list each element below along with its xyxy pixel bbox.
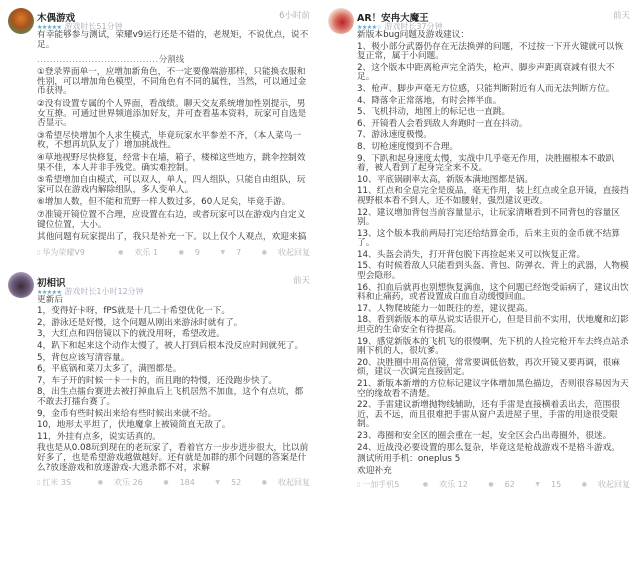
star-rating-icon: ★★★★☆ (357, 24, 381, 31)
post-point: 11、红点和全息完全是废品，毫无作用，装上红点或全息开镜，直接挡视野根本看不到人… (357, 187, 630, 206)
post-point: 11，外挂有点多，说实话真的。 (37, 433, 310, 443)
post-point: 15、有时候看敌人只能看到头盔、背包、防弹衣、背上的武器，人物模型会隐形。 (357, 262, 630, 281)
post-point: ②没有设置专属的个人界面，看战绩。聊天交友系统增加性别提示，男女互撩。可通过世界… (37, 100, 310, 129)
post-point: 2、这个版本中距离枪声完全消失，枪声、脚步声距离衰减有很大不足。 (357, 64, 630, 83)
post-intro: 更新后 (37, 296, 310, 306)
playtime: 游戏时长37分钟 (384, 22, 442, 31)
post-point: 10、平底锅刷率太高，新版本满地图都是锅。 (357, 176, 630, 186)
post-header: AR！安冉大魔王 ★★★★☆游戏时长37分钟 前天 (357, 3, 630, 31)
comment-button[interactable]: ▼52 (206, 478, 241, 487)
phone-icon: ▯ (37, 249, 40, 256)
collapse-replies-button[interactable]: ●收起回复 (253, 248, 310, 257)
post-footer: ▯红米 3S ●欢乐 26 ●184 ▼52 ●收起回复 (37, 476, 310, 490)
reply-icon: ● (262, 479, 267, 486)
post-point: 2，游泳还是好慢，这个问题从刚出来游泳时就有了。 (37, 319, 310, 329)
fun-button[interactable]: ●欢乐 26 (89, 478, 143, 487)
user-meta: ★★★★★游戏时长1小时12分钟 (37, 286, 144, 297)
post-point: 12、建议增加背包当前容量显示，让玩家清晰看到不同背包的容量区别。 (357, 209, 630, 228)
fun-button[interactable]: ●欢乐 1 (109, 248, 158, 257)
post-point: 21、新版本新增的方位标记建议字体增加黑色描边，否则很容易因为天空的缘故看不清楚… (357, 380, 630, 399)
post-intro: 有幸能够参与测试，荣耀v9运行还是不错的，老规矩，不说优点，说不足。 (37, 31, 310, 50)
left-review-panel: 木偶游戏 ★★★★★游戏时长51分钟 6小时前 有幸能够参与测试，荣耀v9运行还… (0, 0, 320, 561)
post-body: 有幸能够参与测试，荣耀v9运行还是不错的，老规矩，不说优点，说不足。 .....… (37, 31, 310, 243)
phone-icon: ▯ (357, 481, 360, 488)
post-point: 9、下趴和起身速度太慢，实战中几乎毫无作用，决胜圈根本不敢趴着，被人看到了起身完… (357, 155, 630, 174)
post-point: 6，平底锅和菜刀太多了，满图都是。 (37, 365, 310, 375)
post-footer: ▯一加手机5 ●欢乐 12 ●62 ▼15 ●收起回复 (357, 478, 630, 492)
post-point: 6、开镜看人会看到敌人奔跑时一直在抖动。 (357, 120, 630, 130)
star-rating-icon: ★★★★★ (37, 24, 61, 31)
post-actions: ●欢乐 26 ●184 ▼52 ●收起回复 (80, 477, 310, 488)
fun-button[interactable]: ●欢乐 12 (414, 480, 468, 489)
avatar[interactable] (328, 8, 354, 34)
post-point: 18、看到新版本的草丛说实话很开心，但是目前不实用，伏地魔和幻影坦克的生命安全有… (357, 316, 630, 335)
user-meta: ★★★★★游戏时长51分钟 (37, 21, 123, 32)
user-meta: ★★★★☆游戏时长37分钟 (357, 21, 443, 32)
post-point: 3、枪声、脚步声毫无方位感，只能判断附近有人而无法判断方位。 (357, 85, 630, 95)
phone-icon: ▯ (37, 479, 40, 486)
smile-icon: ● (423, 481, 428, 488)
post-body: 更新后 1，变得好卡呀，fPS就是十几二十希望优化一下。 2，游泳还是好慢，这个… (37, 296, 310, 474)
post-point: 8，出生点擂台赛进去被打掉血后上飞机居然不加血，这个有点坑，都不敢去打擂台赛了。 (37, 388, 310, 407)
avatar[interactable] (8, 8, 34, 34)
post-point: 7，车子开的时候一卡一卡的，而且跑的特慢，还没跑步快了。 (37, 377, 310, 387)
review-post: AR！安冉大魔王 ★★★★☆游戏时长37分钟 前天 新版本bug问题及游戏建议：… (320, 0, 640, 492)
post-point: ③希望尽快增加个人求生模式，毕竟玩家水平参差不齐，（本人菜鸟一枚，不想再坑队友了… (37, 132, 310, 151)
thumb-up-icon: ● (179, 249, 184, 256)
star-rating-icon: ★★★★★ (37, 289, 61, 296)
collapse-replies-button[interactable]: ●收起回复 (253, 478, 310, 487)
smile-icon: ● (118, 249, 123, 256)
post-point: 23、毒圈和安全区的圈会重在一起，安全区会凸出毒圈外，很迷。 (357, 432, 630, 442)
post-point: ①登录界面单一，应增加新角色，不一定要像端游那样，只能换衣服和性别，可以增加角色… (37, 68, 310, 97)
post-point: 19、感觉新版本的飞机飞的很慢啊，先下机的人捡完枪开车去终点站杀刚下机的人，很坑… (357, 338, 630, 357)
reply-icon: ● (582, 481, 587, 488)
playtime: 游戏时长51分钟 (64, 22, 122, 31)
device-label: ▯红米 3S (37, 477, 71, 488)
post-point: ⑤希望增加自由模式，可以双人，单人，四人组队，只能自由组队，玩家可以在游戏内解除… (37, 176, 310, 195)
right-review-panel: AR！安冉大魔王 ★★★★☆游戏时长37分钟 前天 新版本bug问题及游戏建议：… (320, 0, 640, 561)
comment-icon: ▼ (535, 481, 540, 488)
post-point: 4，趴下和起来这个动作太慢了，被人打到后根本没反应时间就死了。 (37, 342, 310, 352)
post-point: 14、头盔会消失，打开背包脱下再捡起来又可以恢复正常。 (357, 251, 630, 261)
post-point: 16、扣血后就再也别想恢复满血，这个问题已经饱受诟病了，建议出饮料和止痛药，或者… (357, 284, 630, 303)
post-point: 1、极小部分武器仍存在无法换弹的问题，不过按一下开火键就可以恢复正常，属于小问题… (357, 43, 630, 62)
post-point: 4、降落伞正常落地，有时会摔半血。 (357, 97, 630, 107)
post-point: 7、游泳速度极慢。 (357, 131, 630, 141)
post-body: 新版本bug问题及游戏建议： 1、极小部分武器仍存在无法换弹的问题，不过按一下开… (357, 31, 630, 476)
like-button[interactable]: ●184 (154, 478, 195, 487)
like-button[interactable]: ●62 (479, 480, 514, 489)
post-point: 13、这个版本我前两局打完还给结算金币，后来主页的金币就不结算了。 (357, 230, 630, 249)
post-point: ④草地视野尽快修复，经常卡在墙，箱子，楼梯这些地方，跳伞控制效果不佳，本人并非手… (37, 154, 310, 173)
divider: ......................................分割… (37, 53, 310, 65)
test-phone: 测试所用手机：oneplus 5 (357, 455, 630, 465)
post-closing: 我也是从0.08玩到现在的老玩家了，看着官方一步步进步很大，比以前好多了，也是希… (37, 444, 310, 473)
comment-button[interactable]: ▼7 (211, 248, 241, 257)
comment-icon: ▼ (215, 479, 220, 486)
post-closing: 其他问题有玩家提出了，我只是补充一下。以上仅个人观点，欢迎来搞 (37, 233, 310, 243)
post-point: 9，金币有些时候出来给有些时候出来就不给。 (37, 410, 310, 420)
playtime: 游戏时长1小时12分钟 (64, 287, 143, 296)
device-label: ▯一加手机5 (357, 479, 399, 490)
thumb-up-icon: ● (163, 479, 168, 486)
post-point: 5，背包应该写清容量。 (37, 354, 310, 364)
post-point: 17、人物爬坡能力一如既往的差，建议提高。 (357, 305, 630, 315)
like-button[interactable]: ●9 (170, 248, 200, 257)
post-point: 22、手雷建议新增抛物线辅助，还有手雷是直接横着丢出去，范围很近，丢不远，而且很… (357, 401, 630, 430)
collapse-replies-button[interactable]: ●收起回复 (573, 480, 630, 489)
post-point: 24、近战没必要设置的那么复杂，毕竟这是枪战游戏不是格斗游戏。 (357, 444, 630, 454)
post-footer: ▯华为荣耀V9 ●欢乐 1 ●9 ▼7 ●收起回复 (37, 246, 310, 260)
post-intro: 新版本bug问题及游戏建议： (357, 31, 630, 41)
reply-icon: ● (262, 249, 267, 256)
post-point: 5、飞机抖动，地图上的标记也一直跳。 (357, 108, 630, 118)
post-header: 初相识 ★★★★★游戏时长1小时12分钟 前天 (37, 268, 310, 296)
timestamp: 6小时前 (279, 9, 310, 21)
post-point: 1，变得好卡呀，fPS就是十几二十希望优化一下。 (37, 307, 310, 317)
timestamp: 前天 (613, 9, 630, 21)
post-closing: 欢迎补充 (357, 467, 630, 477)
avatar[interactable] (8, 272, 34, 298)
post-point: ⑥增加人数，但不能和荒野一样人数过多，60人足矣，毕竟手游。 (37, 198, 310, 208)
smile-icon: ● (98, 479, 103, 486)
post-header: 木偶游戏 ★★★★★游戏时长51分钟 6小时前 (37, 3, 310, 31)
comment-button[interactable]: ▼15 (526, 480, 561, 489)
post-point: 20、决胜圈中用高倍镜，常常要调低倍数，再次开镜又要再调，很麻烦，建议一次调完直… (357, 359, 630, 378)
post-actions: ●欢乐 1 ●9 ▼7 ●收起回复 (100, 247, 310, 258)
timestamp: 前天 (293, 274, 310, 286)
review-post: 木偶游戏 ★★★★★游戏时长51分钟 6小时前 有幸能够参与测试，荣耀v9运行还… (0, 0, 320, 260)
comment-icon: ▼ (220, 249, 225, 256)
device-label: ▯华为荣耀V9 (37, 247, 85, 258)
post-actions: ●欢乐 12 ●62 ▼15 ●收起回复 (405, 479, 630, 490)
post-point: 8、切枪速度慢到不合理。 (357, 143, 630, 153)
divider-label: 分割线 (159, 55, 185, 65)
post-point: ⑦准镜开镜位置不合理，应设置在右边，或者玩家可以在游戏内自定义键位位置，大小。 (37, 211, 310, 230)
post-point: 10，地形太平坦了，伏地魔拿上被镜简直无敌了。 (37, 421, 310, 431)
post-point: 3，大红点和四倍镜以下的就没用呀，希望改进。 (37, 330, 310, 340)
review-post: 初相识 ★★★★★游戏时长1小时12分钟 前天 更新后 1，变得好卡呀，fPS就… (0, 260, 320, 491)
thumb-up-icon: ● (488, 481, 493, 488)
